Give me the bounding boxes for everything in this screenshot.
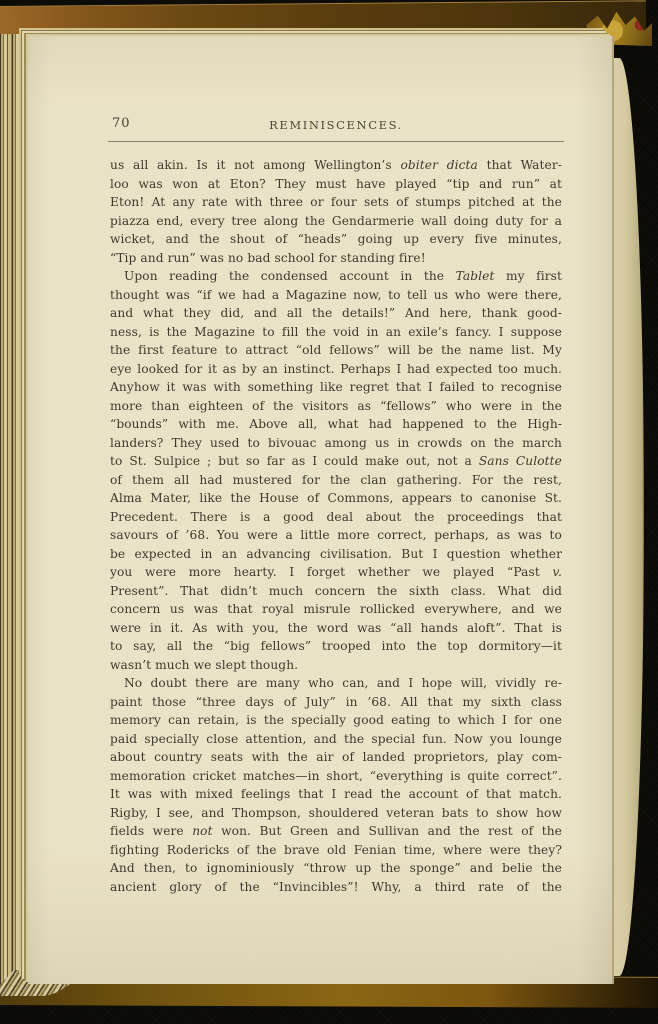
text-line: about country seats with the air of land… <box>110 748 562 767</box>
text-line: loo was won at Eton? They must have play… <box>110 175 562 194</box>
text-line: eye looked for it as by an instinct. Per… <box>110 360 562 379</box>
text-line: concern us was that royal misrule rollic… <box>110 600 562 619</box>
page-header: 70 REMINISCENCES. <box>110 116 562 134</box>
book-photo: 70 REMINISCENCES. us all akin. Is it not… <box>0 0 658 1024</box>
text-line: landers? They used to bivouac among us i… <box>110 434 562 453</box>
text-line: paint those “three days of July” in ’68.… <box>110 693 562 712</box>
text-line: fighting Rodericks of the brave old Feni… <box>110 841 562 860</box>
text-line: And then, to ignominiously “throw up the… <box>110 859 562 878</box>
text-line: wasn’t much we slept though. <box>110 656 562 675</box>
text-line: memoration cricket matches—in short, “ev… <box>110 767 562 786</box>
text-line: Present”. That didn’t much concern the s… <box>110 582 562 601</box>
text-body: us all akin. Is it not among Wellington’… <box>110 156 562 896</box>
text-line: savours of ’68. You were a little more c… <box>110 526 562 545</box>
text-line: fields were not won. But Green and Sulli… <box>110 822 562 841</box>
text-line: be expected in an advancing civilisation… <box>110 545 562 564</box>
text-line: of them all had mustered for the clan ga… <box>110 471 562 490</box>
text-line: you were more hearty. I forget whether w… <box>110 563 562 582</box>
text-line: No doubt there are many who can, and I h… <box>110 674 562 693</box>
text-line: to say, all the “big fellows” trooped in… <box>110 637 562 656</box>
text-line: the first feature to attract “old fellow… <box>110 341 562 360</box>
text-line: and what they did, and all the details!”… <box>110 304 562 323</box>
text-line: wicket, and the shout of “heads” going u… <box>110 230 562 249</box>
text-line: Anyhow it was with something like regret… <box>110 378 562 397</box>
text-line: Rigby, I see, and Thompson, shouldered v… <box>110 804 562 823</box>
text-line: “Tip and run” was no bad school for stan… <box>110 249 562 268</box>
text-line: Precedent. There is a good deal about th… <box>110 508 562 527</box>
running-title: REMINISCENCES. <box>110 118 562 132</box>
book-cover-top-edge <box>0 0 646 38</box>
text-line: were in it. As with you, the word was “a… <box>110 619 562 638</box>
text-line: to St. Sulpice ; but so far as I could m… <box>110 452 562 471</box>
text-line: ness, is the Magazine to fill the void i… <box>110 323 562 342</box>
paragraph: Upon reading the condensed account in th… <box>110 267 562 674</box>
page-stack-fore-edge <box>0 34 30 986</box>
text-line: piazza end, every tree along the Gendarm… <box>110 212 562 231</box>
text-line: ancient glory of the “Invincibles”! Why,… <box>110 878 562 897</box>
text-line: memory can retain, is the specially good… <box>110 711 562 730</box>
header-rule <box>108 141 564 142</box>
text-line: us all akin. Is it not among Wellington’… <box>110 156 562 175</box>
text-line: “bounds” with me. Above all, what had ha… <box>110 415 562 434</box>
text-line: Upon reading the condensed account in th… <box>110 267 562 286</box>
text-line: more than eighteen of the visitors as “f… <box>110 397 562 416</box>
book-page: 70 REMINISCENCES. us all akin. Is it not… <box>28 36 612 984</box>
text-line: Alma Mater, like the House of Commons, a… <box>110 489 562 508</box>
paragraph: No doubt there are many who can, and I h… <box>110 674 562 896</box>
text-line: It was with mixed feelings that I read t… <box>110 785 562 804</box>
text-line: thought was “if we had a Magazine now, t… <box>110 286 562 305</box>
text-line: paid specially close attention, and the … <box>110 730 562 749</box>
text-line: Eton! At any rate with three or four set… <box>110 193 562 212</box>
paragraph: us all akin. Is it not among Wellington’… <box>110 156 562 267</box>
